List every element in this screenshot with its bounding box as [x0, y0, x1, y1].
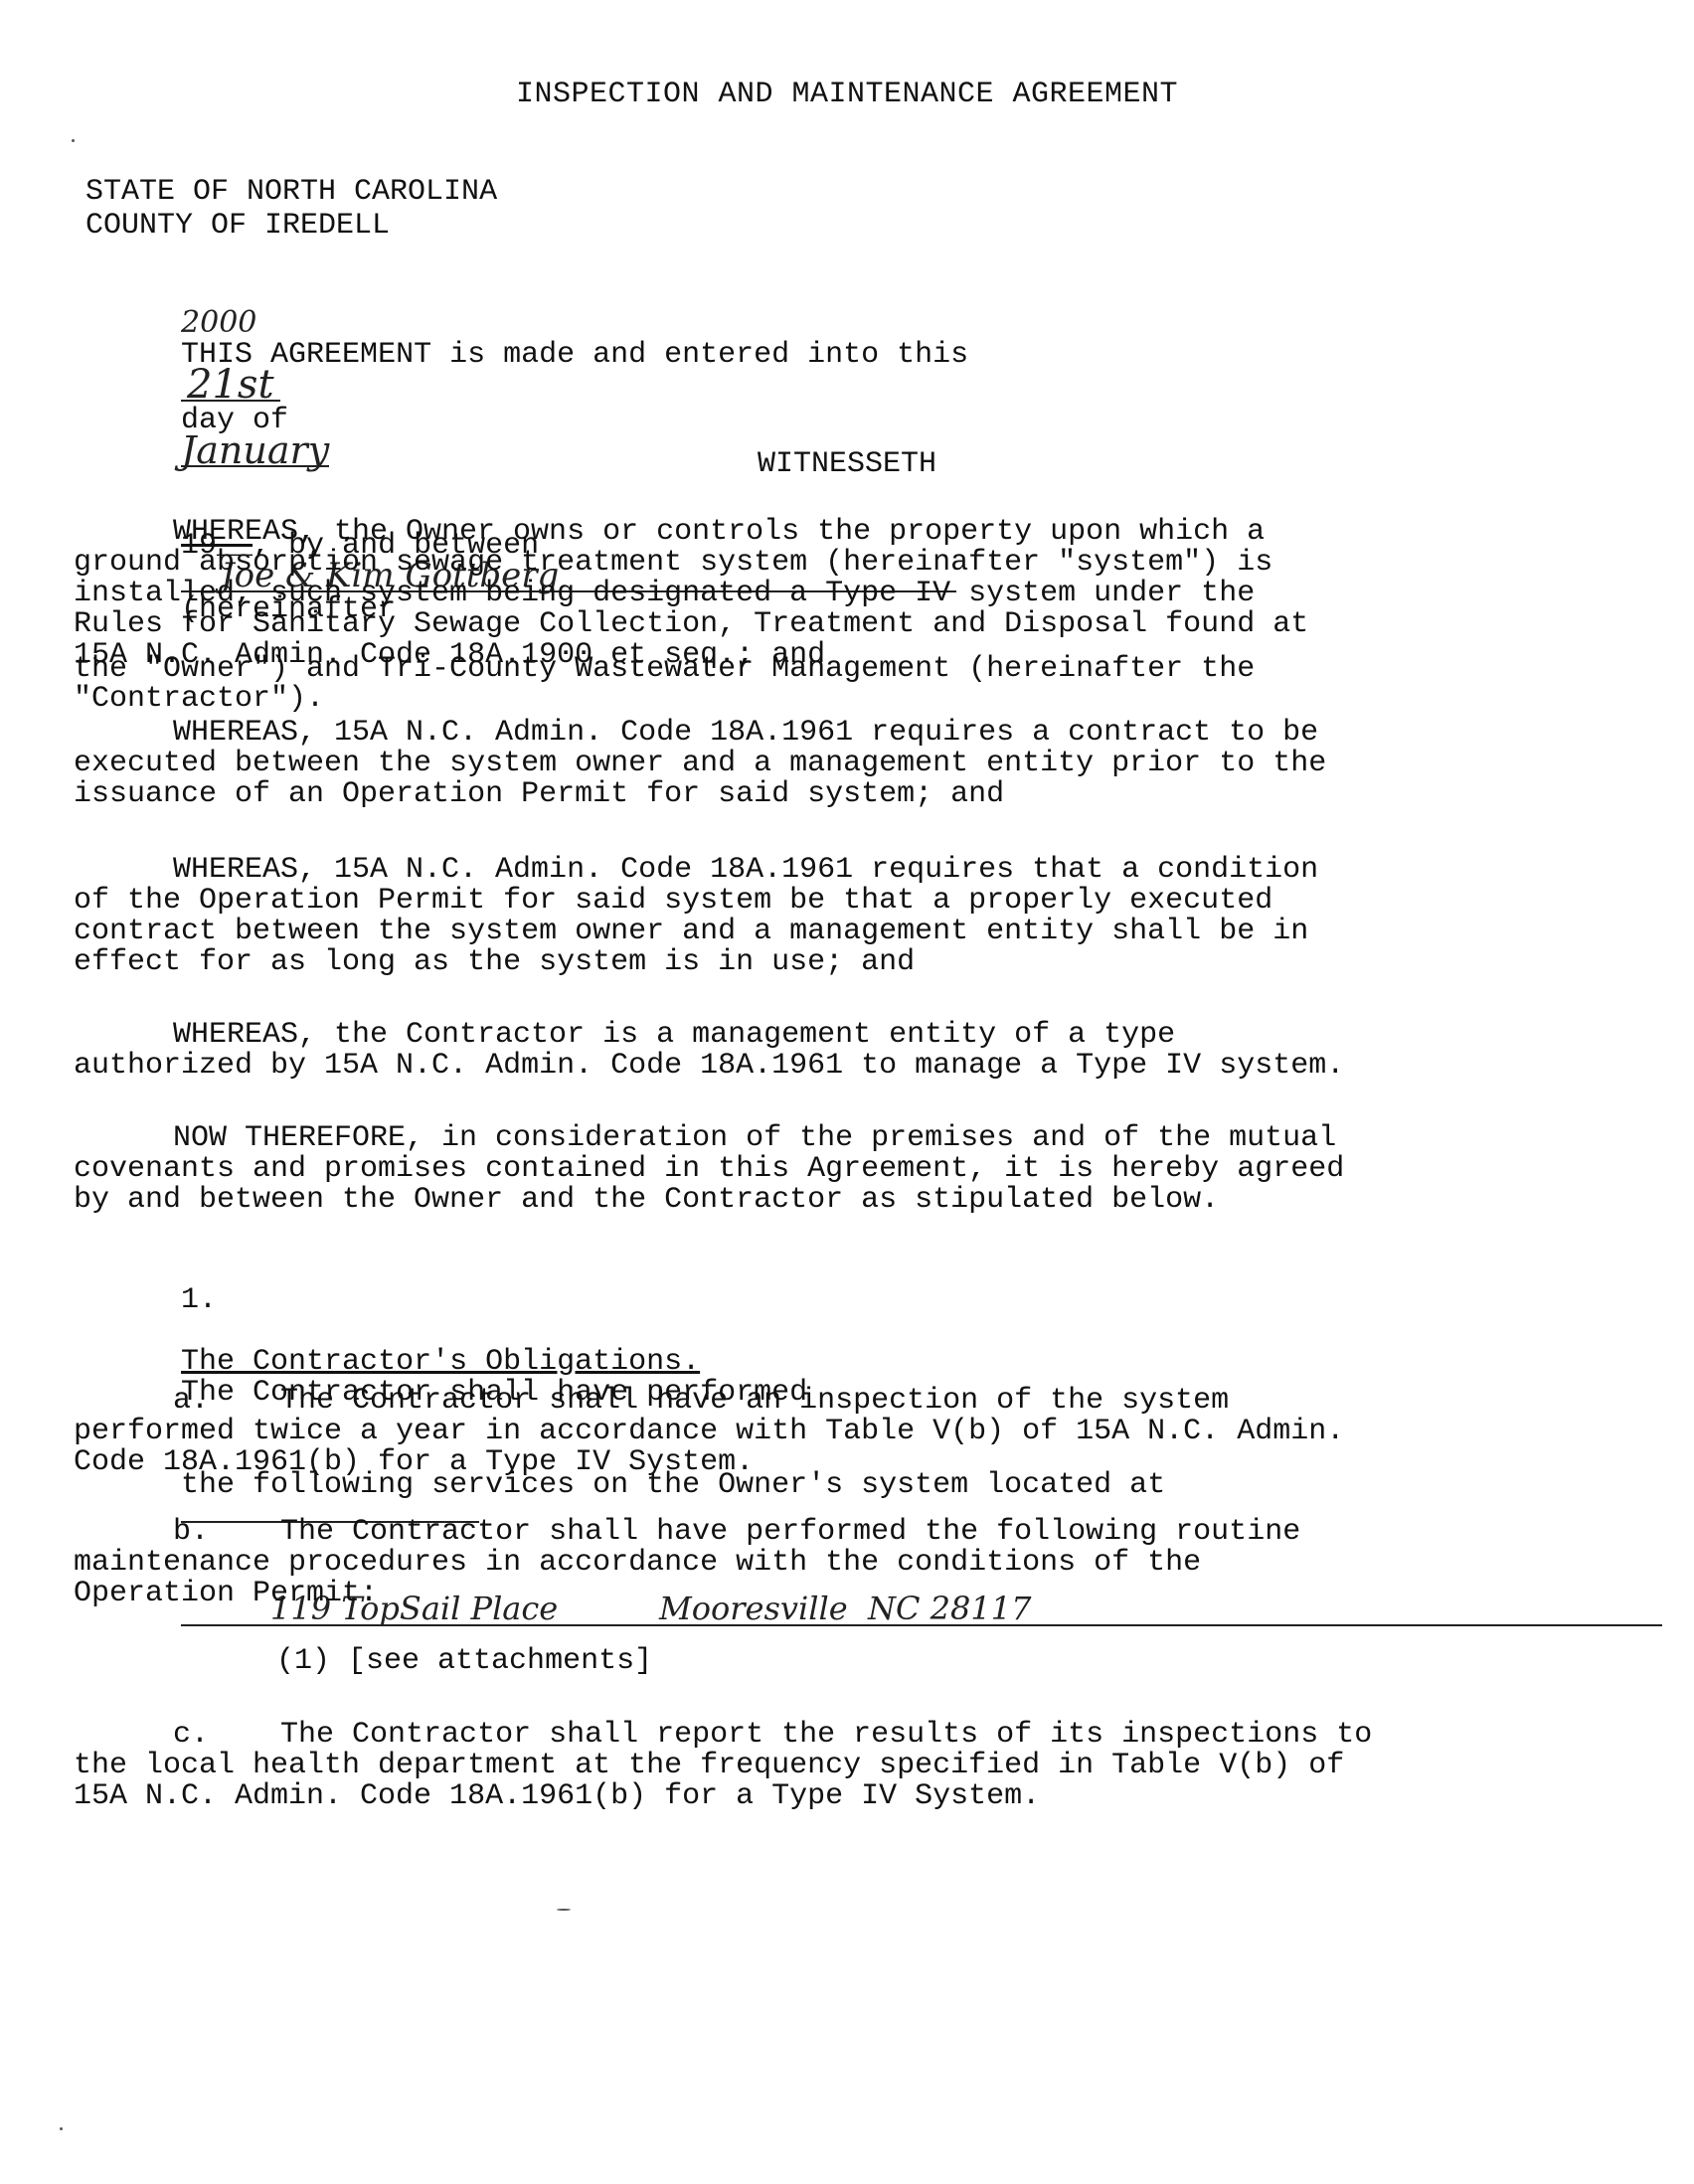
whereas-paragraph-3: WHEREAS, 15A N.C. Admin. Code 18A.1961 r…	[74, 855, 1485, 978]
item-c: c. The Contractor shall report the resul…	[74, 1720, 1485, 1812]
item-label: a.	[173, 1384, 209, 1418]
handwritten-day: 21st	[181, 370, 280, 402]
item-label: (1)	[276, 1644, 330, 1678]
paragraph-line: covenants and promises contained in this…	[74, 1154, 1485, 1185]
now-therefore-paragraph: NOW THEREFORE, in consideration of the p…	[74, 1123, 1485, 1216]
paragraph-line: authorized by 15A N.C. Admin. Code 18A.1…	[74, 1051, 1485, 1082]
paragraph-line: 15A N.C. Admin. Code 18A.1961(b) for a T…	[74, 1781, 1485, 1812]
paragraph-line: by and between the Owner and the Contrac…	[74, 1185, 1485, 1216]
scan-artifact	[60, 2127, 63, 2130]
section-heading: The Contractor's Obligations.	[181, 1345, 700, 1379]
paragraph-line: WHEREAS, the Owner owns or controls the …	[74, 517, 1485, 548]
paragraph-line: of the Operation Permit for said system …	[74, 886, 1485, 917]
scan-artifact	[557, 1909, 571, 1911]
document-page: INSPECTION AND MAINTENANCE AGREEMENT STA…	[0, 0, 1694, 2184]
intro-text-f: "Contractor").	[74, 684, 1485, 714]
handwritten-year: 2000	[181, 305, 256, 340]
paragraph-line: WHEREAS, 15A N.C. Admin. Code 18A.1961 r…	[74, 718, 1485, 749]
intro-text-a: THIS AGREEMENT is made and entered into …	[181, 338, 968, 372]
paragraph-line: ground absorption sewage treatment syste…	[74, 548, 1485, 579]
paragraph-line: Operation Permit:	[74, 1579, 1485, 1609]
item-label: b.	[173, 1515, 209, 1549]
paragraph-line: WHEREAS, the Contractor is a management …	[74, 1020, 1485, 1051]
paragraph-line: Rules for Sanitary Sewage Collection, Tr…	[74, 609, 1485, 640]
whereas-paragraph-4: WHEREAS, the Contractor is a management …	[74, 1020, 1485, 1082]
paragraph-line: installed, such system being designated …	[74, 579, 1485, 609]
paragraph-line: executed between the system owner and a …	[74, 749, 1485, 779]
item-a: a. The Contractor shall have an inspecti…	[74, 1386, 1485, 1478]
paragraph-line: issuance of an Operation Permit for said…	[74, 779, 1485, 810]
witnesseth-heading: WITNESSETH	[0, 447, 1694, 481]
caption-state: STATE OF NORTH CAROLINA	[85, 175, 497, 209]
scan-artifact	[72, 139, 75, 142]
paragraph-line: the local health department at the frequ…	[74, 1751, 1485, 1781]
caption-county: COUNTY OF IREDELL	[85, 209, 497, 243]
item-label: c.	[173, 1718, 209, 1752]
paragraph-line: performed twice a year in accordance wit…	[74, 1417, 1485, 1447]
document-title: INSPECTION AND MAINTENANCE AGREEMENT	[0, 78, 1694, 111]
paragraph-line: effect for as long as the system is in u…	[74, 947, 1485, 978]
paragraph-line: [see attachments]	[348, 1644, 652, 1678]
caption-block: STATE OF NORTH CAROLINA COUNTY OF IREDEL…	[85, 175, 497, 243]
paragraph-line: The Contractor shall report the results …	[280, 1718, 1372, 1752]
paragraph-line: NOW THEREFORE, in consideration of the p…	[74, 1123, 1485, 1154]
paragraph-line: maintenance procedures in accordance wit…	[74, 1548, 1485, 1579]
item-b-1: (1) [see attachments]	[276, 1646, 1688, 1677]
paragraph-line: 15A N.C. Admin. Code 18A.1900 et seq.; a…	[74, 640, 1485, 671]
paragraph-line: Code 18A.1961(b) for a Type IV System.	[74, 1447, 1485, 1478]
paragraph-line: WHEREAS, 15A N.C. Admin. Code 18A.1961 r…	[74, 855, 1485, 886]
whereas-paragraph-1: WHEREAS, the Owner owns or controls the …	[74, 517, 1485, 671]
paragraph-line: contract between the system owner and a …	[74, 917, 1485, 947]
paragraph-line: The Contractor shall have an inspection …	[280, 1384, 1229, 1418]
item-b: b. The Contractor shall have performed t…	[74, 1517, 1485, 1609]
paragraph-line: The Contractor shall have performed the …	[280, 1515, 1300, 1549]
whereas-paragraph-2: WHEREAS, 15A N.C. Admin. Code 18A.1961 r…	[74, 718, 1485, 810]
section-number: 1.	[181, 1283, 217, 1317]
